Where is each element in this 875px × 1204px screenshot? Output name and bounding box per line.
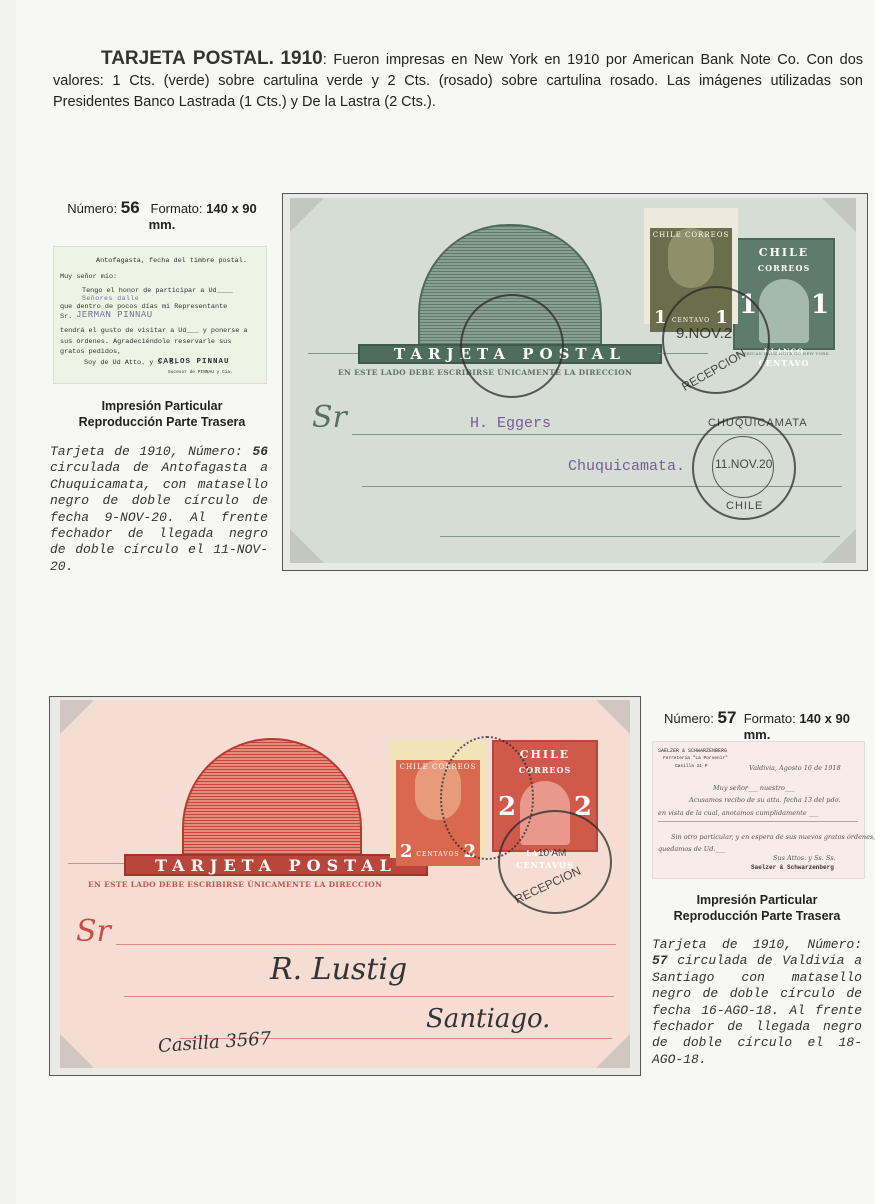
back-signature: Saelzer & Schwarzenberg	[751, 864, 834, 871]
desc-text: Tarjeta de 1910, Número:	[652, 937, 862, 952]
tarjeta-postal-banner: TARJETA POSTAL	[124, 854, 428, 876]
postcard-57: TARJETA POSTAL EN ESTE LADO DEBE ESCRIBI…	[60, 700, 630, 1068]
formato-value: 140 x 90	[206, 201, 257, 216]
address-line	[124, 996, 614, 997]
formato-label: Formato:	[151, 201, 203, 216]
postmark-arrival-date: 11.NOV.20	[715, 457, 772, 471]
addressee-city: Chuquicamata.	[568, 458, 685, 475]
back-line: tendrá el gusto de visitar a Ud___ y pon…	[60, 327, 248, 335]
formato-unit: mm.	[744, 727, 771, 742]
back-line: Tengo el honor de participar a Ud____	[82, 287, 233, 295]
numero-label: Número:	[67, 201, 117, 216]
postmark-arrival-date: 10 AM	[538, 848, 566, 859]
back-line: Antofagasta, fecha del timbre postal.	[96, 257, 247, 265]
entry-56-description: Tarjeta de 1910, Número: 56 circulada de…	[50, 444, 268, 575]
entry-57-meta: Número: 57 Formato: 140 x 90 mm.	[648, 710, 866, 743]
postmark-departure-date: 9.NOV.2	[676, 325, 732, 342]
desc-number: 57	[652, 953, 668, 968]
adhesive-label: CHILE CORREOS	[650, 231, 732, 239]
back-line: sus órdenes. Agradeciéndole reservarle s…	[60, 338, 231, 346]
caption-line: Reproducción Parte Trasera	[648, 908, 866, 924]
entry-56-back-print: Antofagasta, fecha del timbre postal. Mu…	[53, 246, 267, 384]
address-instruction: EN ESTE LADO DEBE ESCRIBIRSE ÚNICAMENTE …	[88, 880, 382, 889]
photo-corner	[290, 529, 324, 563]
photo-corner	[60, 700, 94, 734]
page-edge	[0, 0, 16, 1204]
postmark-departure-faint	[460, 294, 564, 398]
entry-57-description: Tarjeta de 1910, Número: 57 circulada de…	[652, 937, 862, 1068]
back-line: gratos pedidos,	[60, 348, 121, 356]
intro-title: TARJETA POSTAL.	[101, 48, 274, 69]
intro-paragraph: TARJETA POSTAL. 1910: Fueron impresas en…	[53, 48, 863, 113]
postcard-56: TARJETA POSTAL EN ESTE LADO DEBE ESCRIBI…	[290, 198, 856, 563]
formato-label: Formato:	[744, 711, 796, 726]
back-line: Sin otro particular, y en espera de sus …	[671, 833, 875, 841]
indicia-country: CHILE	[735, 246, 833, 259]
photo-corner	[290, 198, 324, 232]
caption-line: Impresión Particular	[648, 892, 866, 908]
back-line: Sus Attos. y Ss. Ss.	[773, 854, 836, 862]
back-signature: CARLOS PINNAU	[158, 358, 230, 366]
numero-value: 57	[718, 708, 737, 727]
caption-line: Impresión Particular	[52, 398, 272, 414]
photo-corner	[60, 1034, 94, 1068]
numero-value: 56	[121, 198, 140, 217]
back-line: Acusamos recibo de su atta. fecha 13 del…	[689, 796, 841, 804]
numero-label: Número:	[664, 711, 714, 726]
entry-56-meta: Número: 56 Formato: 140 x 90 mm.	[52, 200, 272, 233]
postmark-arrival-town: CHUQUICAMATA	[708, 417, 808, 429]
back-letterhead: Casilla 21 P	[675, 764, 707, 769]
caption-line: Reproducción Parte Trasera	[52, 414, 272, 430]
addressee-name: H. Eggers	[470, 415, 551, 432]
photo-corner	[596, 700, 630, 734]
address-line	[116, 944, 616, 945]
desc-number: 56	[252, 444, 268, 459]
indicia-service: CORREOS	[735, 263, 833, 273]
salutation-sr: Sr	[76, 914, 111, 949]
back-line: Sucesor de PINNAU y Cía.	[168, 370, 233, 375]
addressee-city: Santiago.	[426, 1004, 550, 1034]
back-stamp: Señores dalle	[82, 295, 139, 302]
back-letterhead: SAELZER & SCHWARZENBERG	[658, 748, 727, 754]
photo-corner	[596, 1034, 630, 1068]
banner-ornament	[308, 353, 358, 354]
photo-corner	[822, 529, 856, 563]
back-letterhead: Ferretería "La Porvenir"	[663, 756, 728, 761]
back-line	[658, 821, 858, 822]
desc-text: Tarjeta de 1910, Número:	[50, 444, 252, 459]
addressee-name: R. Lustig	[270, 952, 407, 987]
postmark-arrival-country: CHILE	[726, 500, 763, 512]
formato-unit: mm.	[149, 217, 176, 232]
desc-text: circulada de Antofagasta a Chuquicamata,…	[50, 460, 268, 573]
back-line: Valdivia, Agosto 16 de 1918	[749, 764, 841, 772]
photo-corner	[822, 198, 856, 232]
entry-57-caption: Impresión Particular Reproducción Parte …	[648, 892, 866, 924]
entry-56-caption: Impresión Particular Reproducción Parte …	[52, 398, 272, 430]
intro-year: 1910	[280, 48, 322, 69]
entry-57-back-print: SAELZER & SCHWARZENBERG Ferretería "La P…	[652, 741, 865, 879]
salutation-sr: Sr	[312, 400, 347, 435]
building-vignette	[182, 738, 362, 856]
indicia-value: 1	[811, 290, 829, 320]
desc-text: circulada de Valdivia a Santiago con mat…	[652, 953, 862, 1066]
back-line: quedamos de Ud.___	[658, 845, 725, 853]
formato-value: 140 x 90	[799, 711, 850, 726]
handwritten-note: Casilla 3567	[157, 1028, 271, 1057]
banner-ornament	[68, 863, 124, 864]
address-line	[440, 536, 840, 537]
back-stamp: JERMAN PINNAU	[76, 310, 153, 320]
back-line: Muy señor___ nuestro___	[713, 784, 795, 792]
back-line: en vista de la cual, anotamos cumplidame…	[658, 809, 819, 817]
back-line: Sr.	[60, 313, 72, 321]
back-line: Muy señor mío:	[60, 273, 117, 281]
